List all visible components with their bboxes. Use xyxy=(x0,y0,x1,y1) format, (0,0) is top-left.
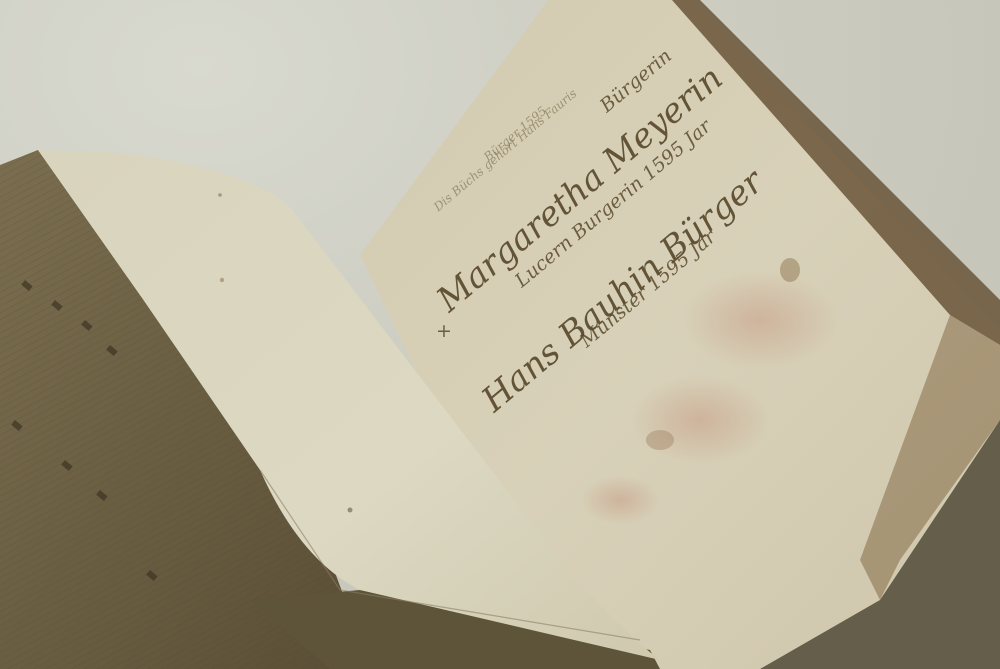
cross-mark: + xyxy=(436,320,452,342)
book-illustration xyxy=(0,0,1000,669)
photo-scene: Dis Büchs gehört Hans Fauris Bürger 1595… xyxy=(0,0,1000,669)
